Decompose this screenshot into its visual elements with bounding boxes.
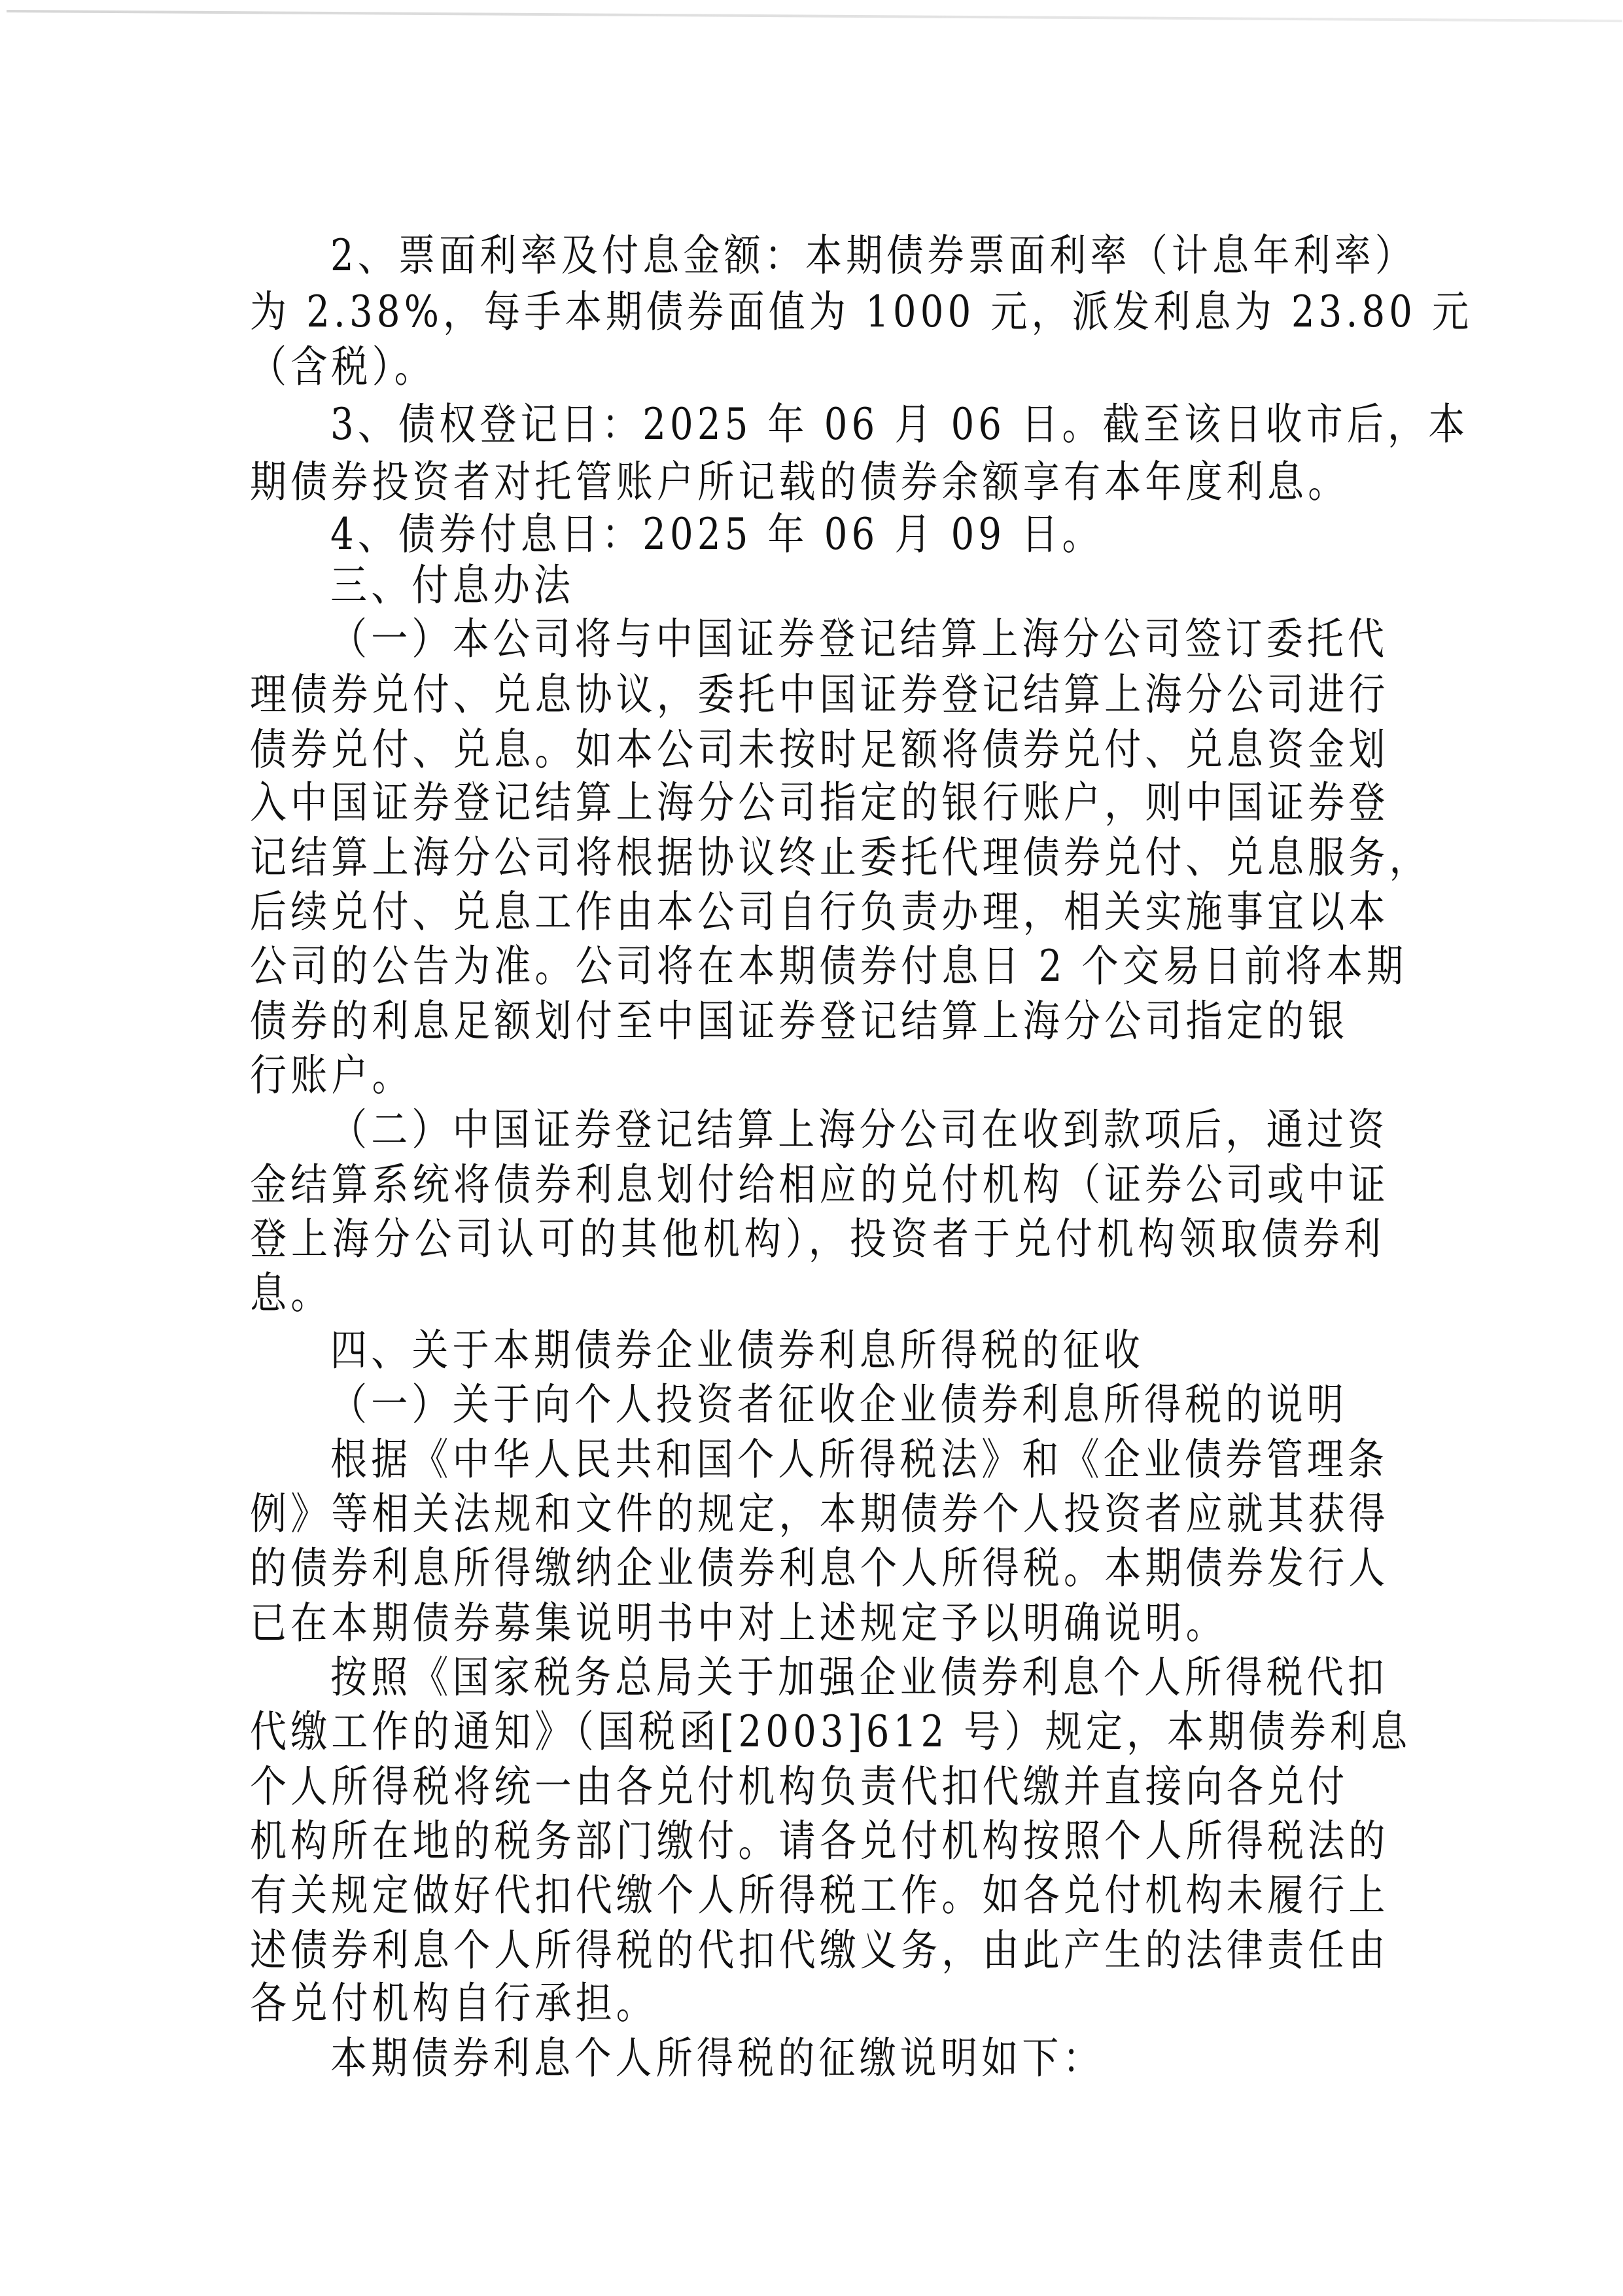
paragraph-coupon-rate-line-1: 2、票面利率及付息金额：本期债券票面利率（计息年利率） [330, 224, 1385, 289]
paragraph-coupon-rate-line-3: （含税）。 [250, 335, 1385, 400]
paragraph-method-2-line-4: 息。 [250, 1262, 1385, 1326]
document-page: 2、票面利率及付息金额：本期债券票面利率（计息年利率） 为 2.38%，每手本期… [0, 0, 1623, 2296]
paragraph-record-date-line-1: 3、债权登记日：2025 年 06 月 06 日。截至该日收市后，本 [330, 393, 1385, 457]
paragraph-tax-collection-intro: 本期债券利息个人所得税的征缴说明如下： [330, 2026, 1465, 2091]
